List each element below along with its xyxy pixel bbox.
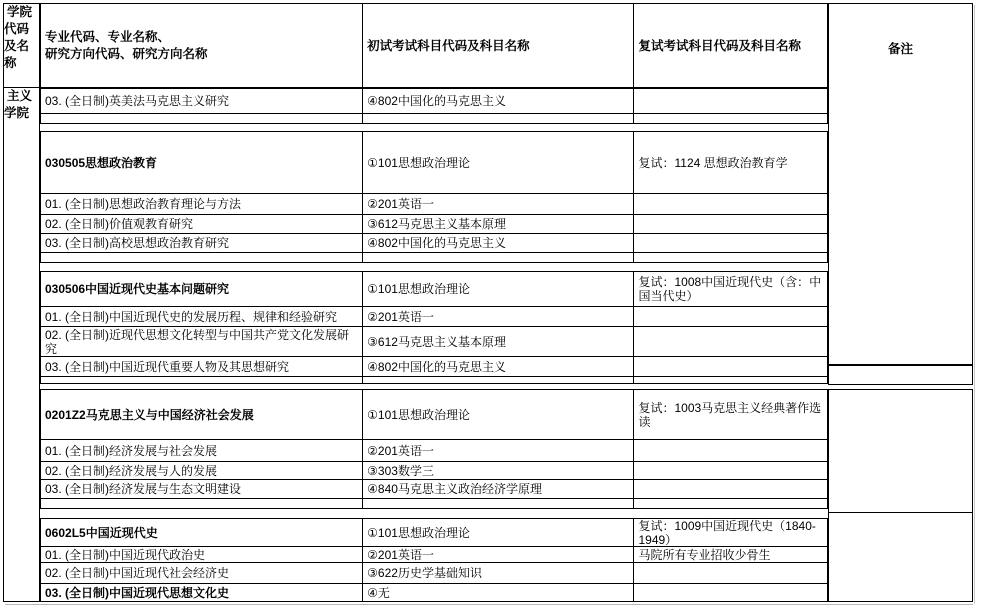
retest-cell: 复试：1008中国近现代史（含：中国当代史） — [634, 272, 827, 306]
table-row: 02. (全日制)经济发展与人的发展 ③303数学三 — [41, 461, 827, 479]
major-cell: 02. (全日制)中国近现代社会经济史 — [41, 563, 363, 583]
first-exam-cell: ②201英语一 — [363, 547, 634, 562]
major-cell: 0201Z2马克思主义与中国经济社会发展 — [41, 390, 363, 439]
first-exam-cell: ④802中国化的马克思主义 — [363, 234, 634, 252]
first-exam-cell: ③303数学三 — [363, 462, 634, 479]
major-cell: 03. (全日制)经济发展与生态文明建设 — [41, 480, 363, 498]
remark-header-label: 备注 — [829, 4, 972, 56]
table-row: 03. (全日制)高校思想政治教育研究 ④802中国化的马克思主义 — [41, 233, 827, 252]
table-row: 01. (全日制)思想政治教育理论与方法 ②201英语一 — [41, 193, 827, 214]
first-exam-cell: ②201英语一 — [363, 440, 634, 461]
major-cell: 03. (全日制)英美法马克思主义研究 — [41, 89, 363, 113]
header-major: 专业代码、专业名称、 研究方向代码、研究方向名称 — [41, 4, 363, 87]
major-cell: 030506中国近现代史基本问题研究 — [41, 272, 363, 306]
first-exam-cell: ①101思想政治理论 — [363, 519, 634, 546]
section-030506: 030506中国近现代史基本问题研究 ①101思想政治理论 复试：1008中国近… — [40, 271, 828, 384]
retest-cell: 复试：1009中国近现代史（1840-1949） — [634, 519, 827, 546]
first-exam-cell: ④840马克思主义政治经济学原理 — [363, 480, 634, 498]
retest-cell — [634, 584, 827, 602]
retest-cell — [634, 327, 827, 356]
header-retest-exam: 复试考试科目代码及科目名称 — [634, 4, 827, 87]
college-name-cell: 主义 学院 — [3, 88, 40, 602]
table-row: 03. (全日制)经济发展与生态文明建设 ④840马克思主义政治经济学原理 — [41, 479, 827, 498]
section-0602L5: 0602L5中国近现代史 ①101思想政治理论 复试：1009中国近现代史（18… — [40, 518, 828, 602]
retest-cell — [634, 234, 827, 252]
table-row: 03. (全日制)英美法马克思主义研究 ④802中国化的马克思主义 — [41, 89, 827, 113]
first-exam-cell: ①101思想政治理论 — [363, 132, 634, 193]
retest-cell — [634, 563, 827, 583]
major-cell: 0602L5中国近现代史 — [41, 519, 363, 546]
retest-cell — [634, 480, 827, 498]
section-030505: 030505思想政治教育 ①101思想政治理论 复试：1124 思想政治教育学 … — [40, 131, 828, 263]
retest-cell — [634, 307, 827, 326]
first-exam-cell: ③622历史学基础知识 — [363, 563, 634, 583]
major-cell: 01. (全日制)思想政治教育理论与方法 — [41, 194, 363, 214]
table-row: 030505思想政治教育 ①101思想政治理论 复试：1124 思想政治教育学 — [41, 132, 827, 193]
retest-cell — [634, 89, 827, 113]
retest-cell — [634, 215, 827, 233]
first-exam-cell: ①101思想政治理论 — [363, 390, 634, 439]
table-row: 02. (全日制)中国近现代社会经济史 ③622历史学基础知识 — [41, 562, 827, 583]
major-cell: 01. (全日制)中国近现代政治史 — [41, 547, 363, 562]
remark-header-cell: 备注 — [828, 3, 973, 365]
retest-cell: 马院所有专业招收少骨生 — [634, 547, 827, 562]
college-name-label: 主义 学院 — [4, 86, 32, 120]
major-cell: 01. (全日制)经济发展与社会发展 — [41, 440, 363, 461]
first-exam-cell: ②201英语一 — [363, 194, 634, 214]
table-header-row: 专业代码、专业名称、 研究方向代码、研究方向名称 初试考试科目代码及科目名称 复… — [40, 3, 828, 88]
table-row: 03. (全日制)中国近现代思想文化史 ④无 — [41, 583, 827, 602]
major-cell: 03. (全日制)中国近现代重要人物及其思想研究 — [41, 357, 363, 376]
major-cell: 02. (全日制)近现代思想文化转型与中国共产党文化发展研究 — [41, 327, 363, 356]
first-exam-cell: ③612马克思主义基本原理 — [363, 215, 634, 233]
section-a: 03. (全日制)英美法马克思主义研究 ④802中国化的马克思主义 — [40, 88, 828, 124]
table-shadow-right — [974, 5, 975, 604]
first-exam-cell: ④802中国化的马克思主义 — [363, 89, 634, 113]
retest-cell — [634, 462, 827, 479]
table-row: 03. (全日制)中国近现代重要人物及其思想研究 ④802中国化的马克思主义 — [41, 356, 827, 376]
table-row: 0602L5中国近现代史 ①101思想政治理论 复试：1009中国近现代史（18… — [41, 519, 827, 546]
table-row: 01. (全日制)中国近现代政治史 ②201英语一 马院所有专业招收少骨生 — [41, 546, 827, 562]
first-exam-cell: ③612马克思主义基本原理 — [363, 327, 634, 356]
college-header-cell: 学院 代码 及名 称 — [3, 3, 40, 88]
remark-cell — [828, 389, 973, 513]
header-first-exam: 初试考试科目代码及科目名称 — [363, 4, 634, 87]
table-row: 01. (全日制)经济发展与社会发展 ②201英语一 — [41, 439, 827, 461]
empty-row — [41, 113, 827, 123]
table-row: 02. (全日制)价值观教育研究 ③612马克思主义基本原理 — [41, 214, 827, 233]
first-exam-cell: ②201英语一 — [363, 307, 634, 326]
major-cell: 03. (全日制)高校思想政治教育研究 — [41, 234, 363, 252]
retest-cell: 复试：1124 思想政治教育学 — [634, 132, 827, 193]
major-cell: 02. (全日制)经济发展与人的发展 — [41, 462, 363, 479]
major-cell: 01. (全日制)中国近现代史的发展历程、规律和经验研究 — [41, 307, 363, 326]
retest-cell — [634, 440, 827, 461]
college-header-label: 学院 代码 及名 称 — [4, 2, 32, 70]
major-cell: 030505思想政治教育 — [41, 132, 363, 193]
empty-row — [41, 376, 827, 383]
retest-cell: 复试：1003马克思主义经典著作选读 — [634, 390, 827, 439]
retest-cell — [634, 194, 827, 214]
major-cell: 03. (全日制)中国近现代思想文化史 — [41, 584, 363, 602]
table-shadow-bottom — [5, 604, 973, 605]
major-cell: 02. (全日制)价值观教育研究 — [41, 215, 363, 233]
first-exam-cell: ④无 — [363, 584, 634, 602]
empty-row — [41, 252, 827, 262]
first-exam-cell: ④802中国化的马克思主义 — [363, 357, 634, 376]
section-0201Z2: 0201Z2马克思主义与中国经济社会发展 ①101思想政治理论 复试：1003马… — [40, 389, 828, 509]
table-row: 030506中国近现代史基本问题研究 ①101思想政治理论 复试：1008中国近… — [41, 272, 827, 306]
remark-cell — [828, 365, 973, 385]
remark-cell — [828, 513, 973, 602]
table-row: 0201Z2马克思主义与中国经济社会发展 ①101思想政治理论 复试：1003马… — [41, 390, 827, 439]
table-row: 02. (全日制)近现代思想文化转型与中国共产党文化发展研究 ③612马克思主义… — [41, 326, 827, 356]
admissions-table-page: 学院 代码 及名 称 主义 学院 专业代码、专业名称、 研究方向代码、研究方向名… — [0, 0, 984, 616]
table-row: 01. (全日制)中国近现代史的发展历程、规律和经验研究 ②201英语一 — [41, 306, 827, 326]
first-exam-cell: ①101思想政治理论 — [363, 272, 634, 306]
retest-cell — [634, 357, 827, 376]
empty-row — [41, 498, 827, 508]
